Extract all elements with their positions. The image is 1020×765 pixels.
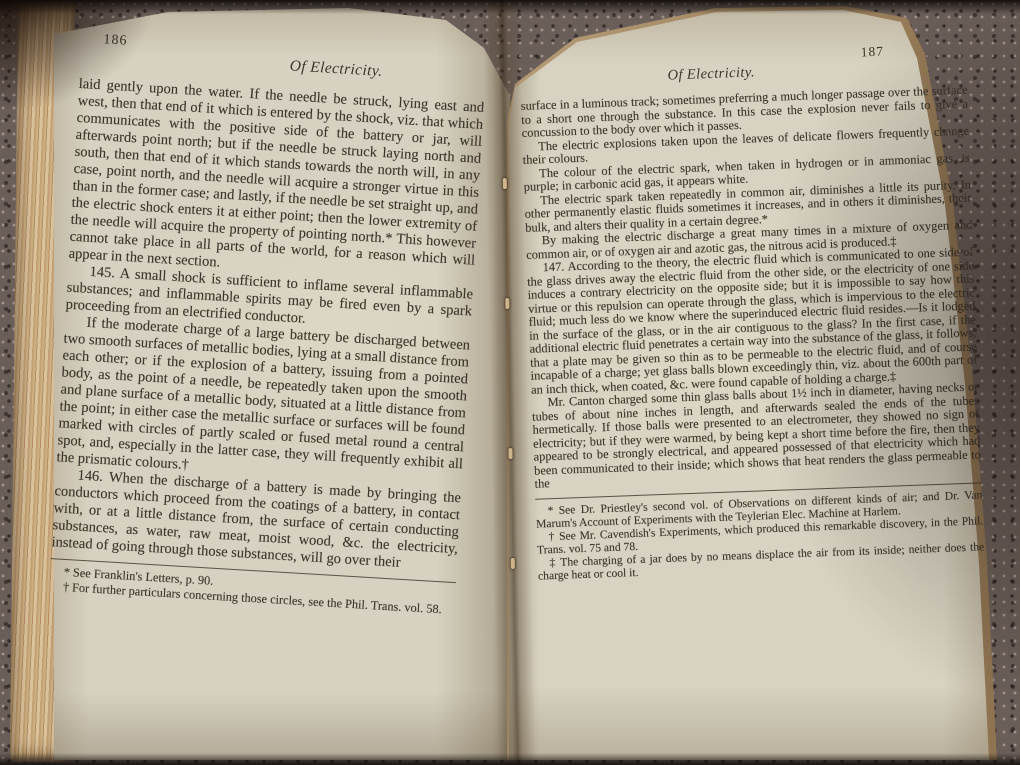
- binding-stitch: [511, 558, 515, 569]
- right-page-text-block: 187 Of Electricity. surface in a luminou…: [519, 42, 985, 583]
- running-head: Of Electricity.: [667, 66, 755, 83]
- paragraph: If the moderate charge of a large batter…: [56, 314, 470, 491]
- paragraph: Mr. Canton charged some thin glass balls…: [531, 380, 981, 491]
- paragraph: laid gently upon the water. If the needl…: [68, 76, 484, 287]
- binding-stitch: [508, 448, 512, 459]
- left-page-text-block: 186 Of Electricity. laid gently upon the…: [48, 30, 487, 618]
- paragraph-147: 147. According to the theory, the electr…: [526, 245, 978, 396]
- page-number: 186: [103, 31, 128, 49]
- running-head: Of Electricity.: [289, 57, 383, 79]
- binding-stitch: [503, 178, 507, 189]
- binding-stitch: [505, 298, 509, 309]
- page-number: 187: [861, 45, 885, 59]
